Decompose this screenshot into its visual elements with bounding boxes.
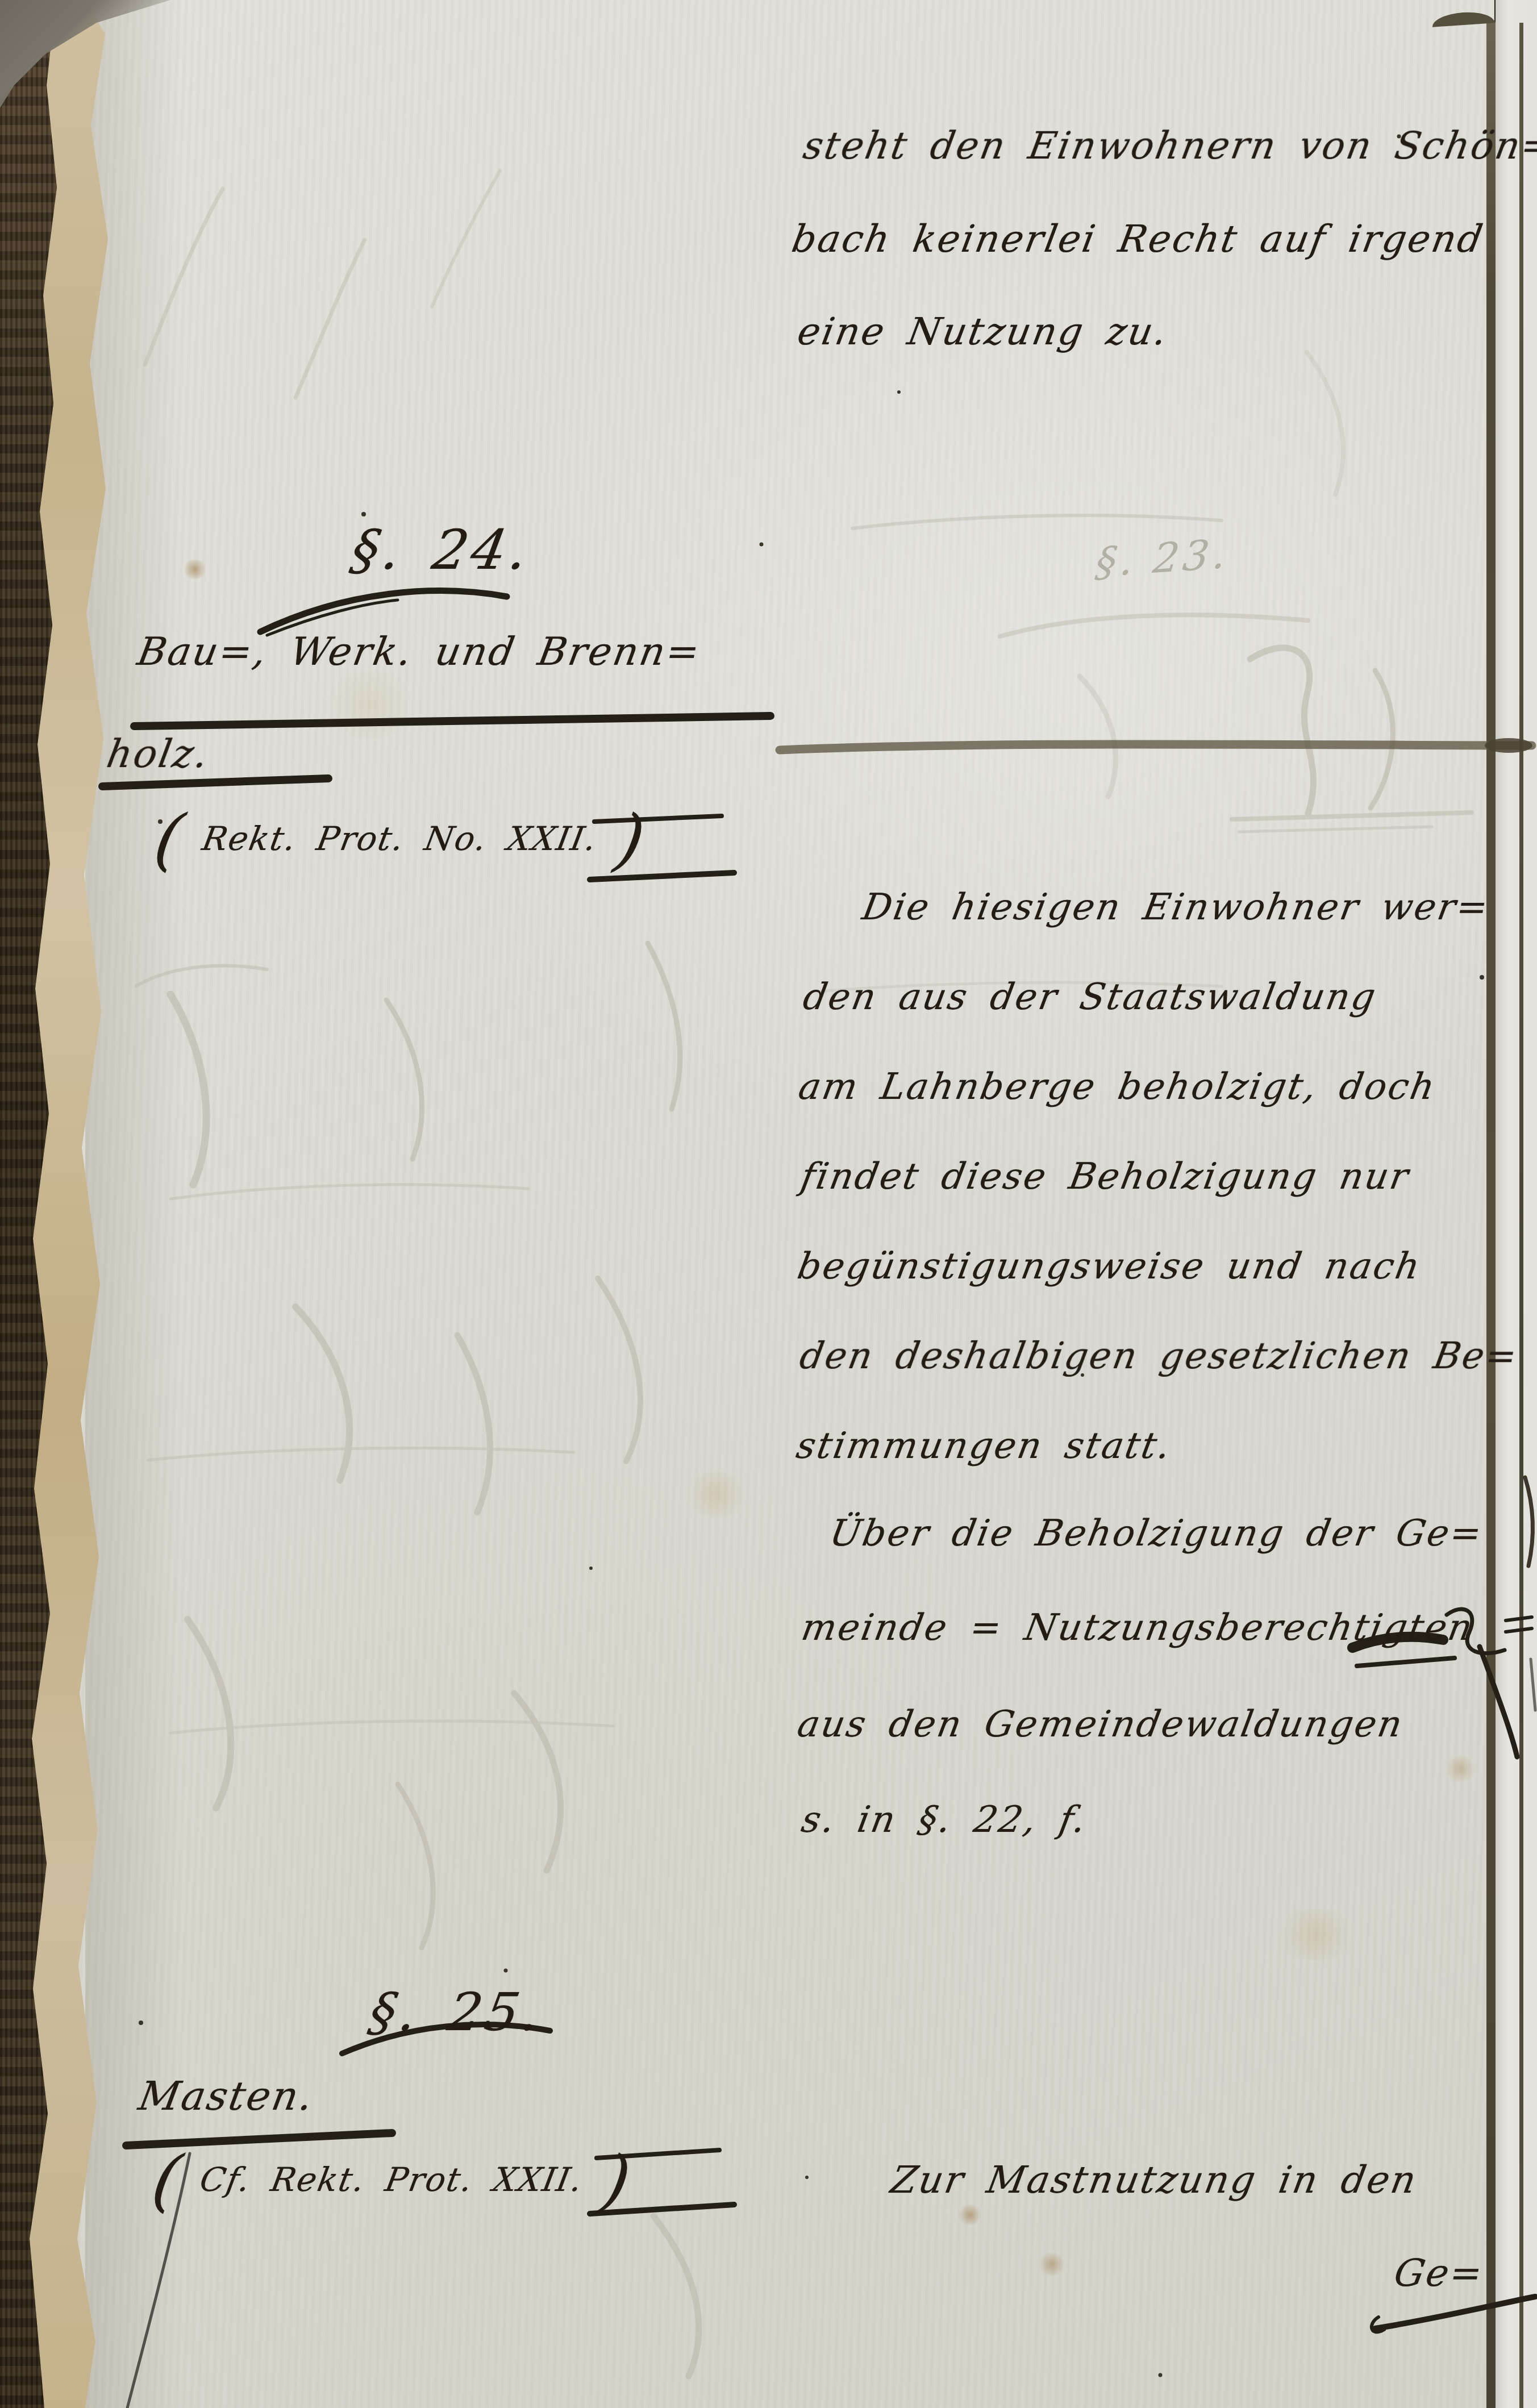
catchword: Ge= xyxy=(1391,2251,1488,2295)
handwritten-line: steht den Einwohnern von Schön= xyxy=(800,124,1537,168)
handwritten-line: aus den Gemeindewaldungen xyxy=(794,1703,1407,1745)
handwritten-line: s. in §. 22, f. xyxy=(798,1799,1090,1841)
reference-text: Rekt. Prot. No. XXII. xyxy=(199,819,601,858)
handwritten-line: Zur Mastnutzung in den xyxy=(888,2158,1421,2202)
showthrough-bar xyxy=(780,738,1532,753)
ghost-section-number: §. 23. xyxy=(1093,530,1231,586)
handwritten-line: den deshalbigen gesetzlichen Be= xyxy=(797,1335,1522,1377)
handwritten-line: bach keinerlei Recht auf irgend xyxy=(789,217,1488,261)
handwritten-line: begünstigungsweise und nach xyxy=(794,1245,1424,1288)
section-25-number: §. 25. xyxy=(365,1982,548,2043)
handwritten-line: eine Nutzung zu. xyxy=(794,310,1172,353)
ink-and-ghost-layer xyxy=(0,0,1537,2408)
section-25-reference: ( Cf. Rekt. Prot. XXII. ) xyxy=(147,2141,636,2219)
handwritten-line: findet diese Beholzigung nur xyxy=(798,1156,1413,1198)
section-24-title-line2: holz. xyxy=(103,732,213,777)
handwritten-line: Die hiesigen Einwohner wer= xyxy=(859,886,1493,928)
section-25-title: Masten. xyxy=(135,2073,318,2119)
handwritten-line-corrected: meinde = Nutzungsberechtigten xyxy=(798,1607,1477,1649)
handwritten-line: Über die Beholzigung der Ge= xyxy=(827,1513,1486,1555)
reference-text: Cf. Rekt. Prot. XXII. xyxy=(197,2160,586,2199)
section-24-title-line1: Bau=, Werk. und Brenn= xyxy=(134,630,705,674)
section-24-reference: ( Rekt. Prot. No. XXII. ) xyxy=(149,800,651,878)
section-24-number: §. 24. xyxy=(347,518,536,582)
manuscript-scan: §. 23. §. 24. Bau=, Werk. und Brenn= hol… xyxy=(0,0,1537,2408)
handwritten-line: den aus der Staatswaldung xyxy=(800,976,1380,1018)
handwritten-line: stimmungen statt. xyxy=(793,1425,1175,1467)
handwritten-line: am Lahnberge beholzigt, doch xyxy=(795,1066,1439,1108)
